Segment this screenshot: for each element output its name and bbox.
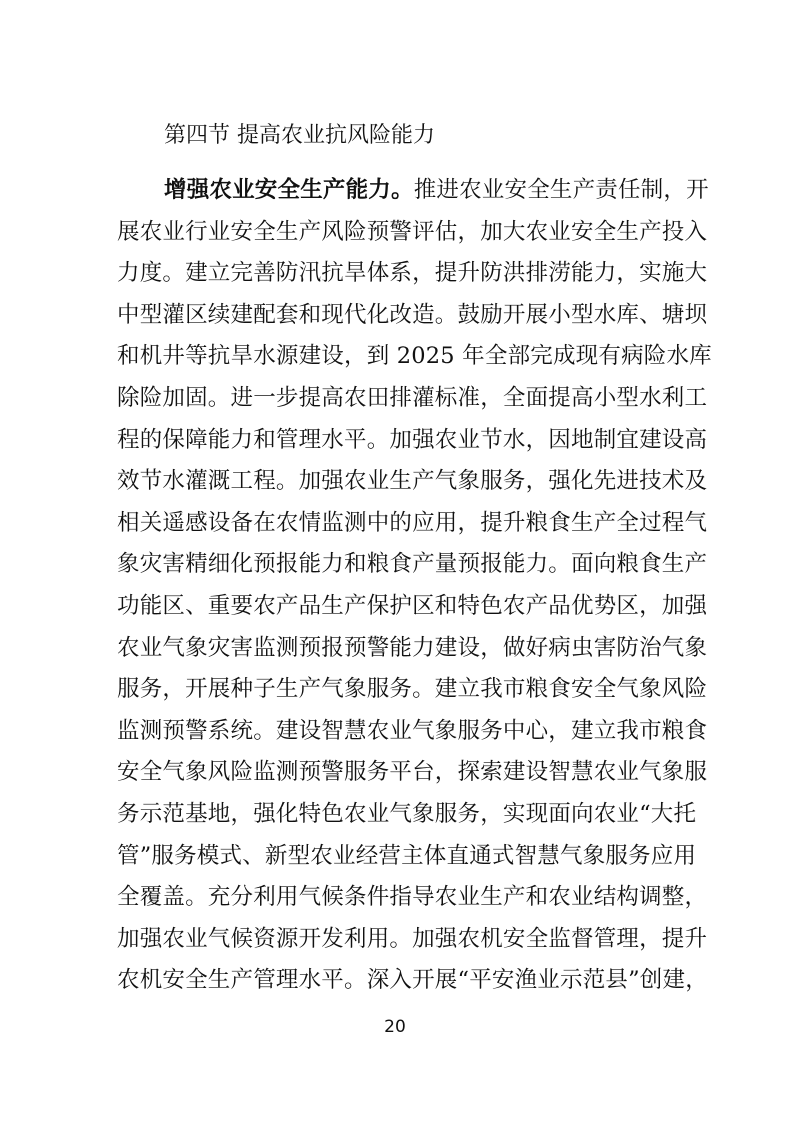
paragraph-line: 农机安全生产管理水平。深入开展“平安渔业示范县”创建，: [117, 960, 685, 1002]
paragraph-line: 全覆盖。充分利用气候条件指导农业生产和农业结构调整，: [117, 877, 685, 919]
paragraph-line: 象灾害精细化预报能力和粮食产量预报能力。面向粮食生产: [117, 544, 685, 586]
paragraph-line: 除险加固。进一步提高农田排灌标准，全面提高小型水利工: [117, 378, 685, 420]
paragraph-line: 程的保障能力和管理水平。加强农业节水，因地制宜建设高: [117, 420, 685, 462]
paragraph-line: 务示范基地，强化特色农业气象服务，实现面向农业“大托: [117, 794, 685, 836]
paragraph-line: 农业气象灾害监测预报预警能力建设，做好病虫害防治气象: [117, 628, 685, 670]
section-heading: 第四节 提高农业抗风险能力: [164, 118, 435, 149]
paragraph-line-first: 增强农业安全生产能力。推进农业安全生产责任制，开: [117, 170, 685, 212]
paragraph-line: 相关遥感设备在农情监测中的应用，提升粮食生产全过程气: [117, 503, 685, 545]
paragraph-line-text: 推进农业安全生产责任制，开: [414, 177, 709, 203]
paragraph-line: 和机井等抗旱水源建设，到 2025 年全部完成现有病险水库: [117, 336, 685, 378]
paragraph-line: 效节水灌溉工程。加强农业生产气象服务，强化先进技术及: [117, 461, 685, 503]
paragraph-line: 力度。建立完善防汛抗旱体系，提升防洪排涝能力，实施大: [117, 253, 685, 295]
paragraph-line: 管”服务模式、新型农业经营主体直通式智慧气象服务应用: [117, 836, 685, 878]
paragraph-line: 加强农业气候资源开发利用。加强农机安全监督管理，提升: [117, 919, 685, 961]
paragraph-line: 展农业行业安全生产风险预警评估，加大农业安全生产投入: [117, 212, 685, 254]
document-page: 第四节 提高农业抗风险能力 增强农业安全生产能力。推进农业安全生产责任制，开 展…: [0, 0, 790, 1122]
paragraph-lead: 增强农业安全生产能力。: [164, 177, 414, 203]
paragraph-line: 功能区、重要农产品生产保护区和特色农产品优势区，加强: [117, 586, 685, 628]
paragraph-line: 安全气象风险监测预警服务平台，探索建设智慧农业气象服: [117, 752, 685, 794]
paragraph-line: 中型灌区续建配套和现代化改造。鼓励开展小型水库、塘坝: [117, 295, 685, 337]
paragraph: 增强农业安全生产能力。推进农业安全生产责任制，开 展农业行业安全生产风险预警评估…: [117, 170, 685, 1002]
paragraph-line: 监测预警系统。建设智慧农业气象服务中心，建立我市粮食: [117, 711, 685, 753]
paragraph-line: 服务，开展种子生产气象服务。建立我市粮食安全气象风险: [117, 669, 685, 711]
page-number: 20: [0, 1017, 790, 1037]
